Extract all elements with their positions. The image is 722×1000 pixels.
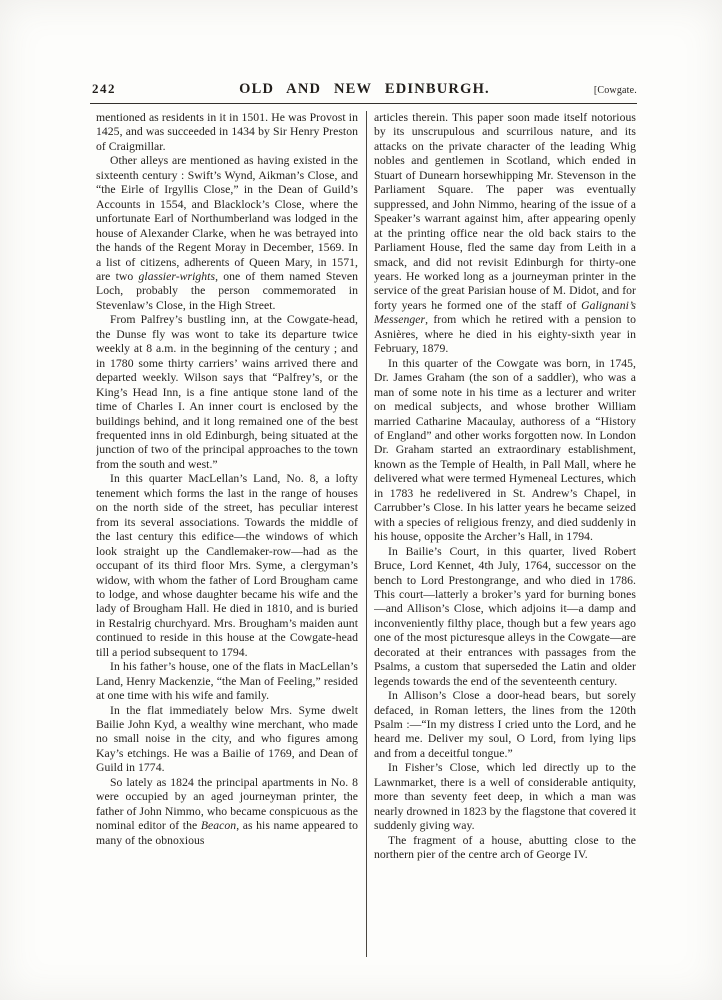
paragraph: The fragment of a house, abutting close … — [374, 834, 636, 863]
body-text: In the flat immediately below Mrs. Syme … — [96, 704, 358, 775]
section-label: [Cowgate. — [567, 85, 637, 96]
paragraph: mentioned as residents in it in 1501. He… — [96, 111, 358, 154]
paragraph: In Allison’s Close a door-head bears, bu… — [374, 689, 636, 761]
left-column: mentioned as residents in it in 1501. He… — [96, 111, 358, 963]
paragraph: In his father’s house, one of the flats … — [96, 660, 358, 703]
book-page: 242 OLD AND NEW EDINBURGH. [Cowgate. men… — [0, 0, 722, 1000]
paragraph: articles therein. This paper soon made i… — [374, 111, 636, 357]
body-text: In Fisher’s Close, which led directly up… — [374, 761, 636, 832]
running-title: OLD AND NEW EDINBURGH. — [162, 81, 567, 98]
page-number: 242 — [92, 81, 162, 97]
body-text: In his father’s house, one of the flats … — [96, 660, 358, 702]
paragraph: In the flat immediately below Mrs. Syme … — [96, 704, 358, 776]
paragraph: In Bailie’s Court, in this quarter, live… — [374, 545, 636, 690]
body-text: In this quarter of the Cowgate was born,… — [374, 357, 636, 543]
body-text: mentioned as residents in it in 1501. He… — [96, 111, 358, 153]
italic-text: glassier-wrights — [139, 270, 216, 283]
paragraph: So lately as 1824 the principal apartmen… — [96, 776, 358, 848]
paragraph: Other alleys are mentioned as having exi… — [96, 154, 358, 313]
right-column: articles therein. This paper soon made i… — [374, 111, 636, 963]
paragraph: In this quarter MacLellan’s Land, No. 8,… — [96, 472, 358, 660]
running-head: 242 OLD AND NEW EDINBURGH. [Cowgate. — [92, 81, 637, 98]
text-columns: mentioned as residents in it in 1501. He… — [96, 111, 636, 963]
body-text: In this quarter MacLellan’s Land, No. 8,… — [96, 472, 358, 658]
body-text: From Palfrey’s bustling inn, at the Cowg… — [96, 313, 358, 471]
paragraph: In Fisher’s Close, which led directly up… — [374, 761, 636, 833]
paragraph: From Palfrey’s bustling inn, at the Cowg… — [96, 313, 358, 472]
body-text: In Bailie’s Court, in this quarter, live… — [374, 545, 636, 688]
column-divider — [366, 111, 367, 957]
paragraph: In this quarter of the Cowgate was born,… — [374, 357, 636, 545]
body-text: Other alleys are mentioned as having exi… — [96, 154, 358, 283]
body-text: The fragment of a house, abutting close … — [374, 834, 636, 861]
italic-text: Beacon — [201, 819, 236, 832]
body-text: articles therein. This paper soon made i… — [374, 111, 636, 312]
header-rule — [90, 103, 637, 104]
body-text: In Allison’s Close a door-head bears, bu… — [374, 689, 636, 760]
